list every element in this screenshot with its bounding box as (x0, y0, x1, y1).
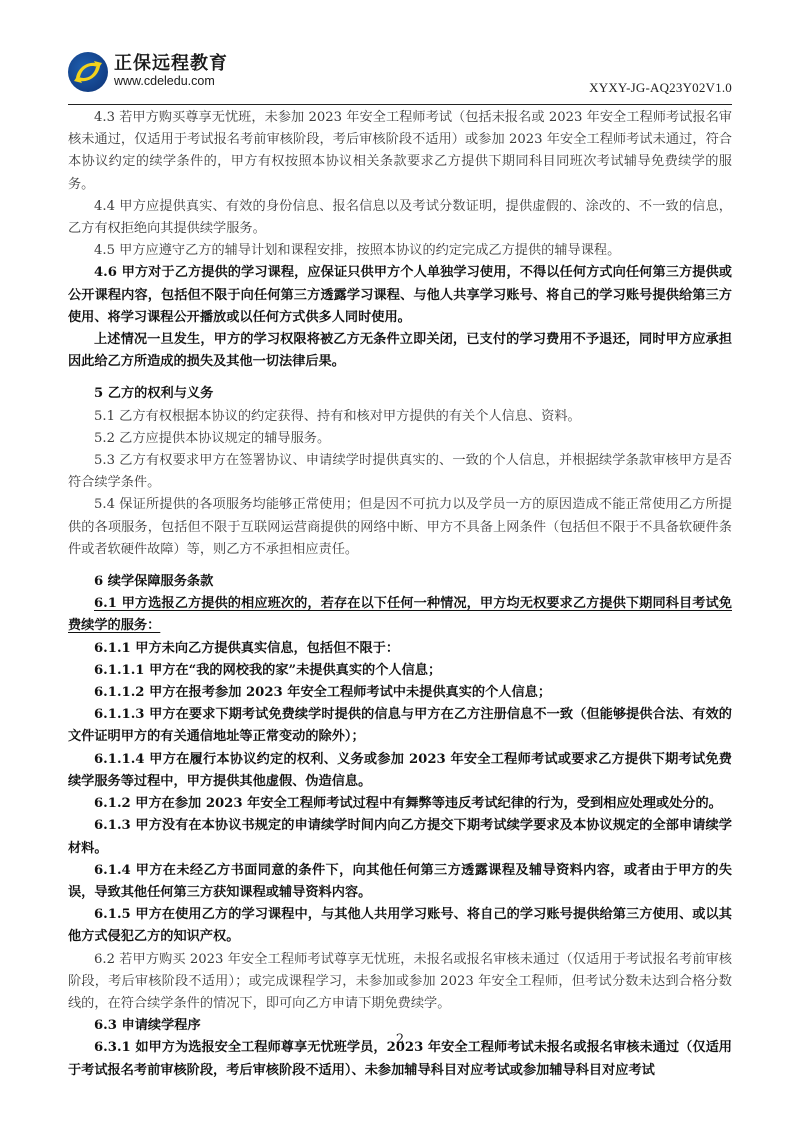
clause-6-1-5: 6.1.5 甲方在使用乙方的学习课程中，与其他人共用学习账号、将自己的学习账号提… (68, 904, 732, 948)
clause-4-3: 4.3 若甲方购买尊享无忧班，未参加 2023 年安全工程师考试（包括未报名或 … (68, 107, 732, 196)
clause-5-1: 5.1 乙方有权根据本协议的约定获得、持有和核对甲方提供的有关个人信息、资料。 (68, 406, 732, 428)
document-code: XYXY-JG-AQ23Y02V1.0 (589, 80, 732, 96)
clause-6-1-1-3: 6.1.1.3 甲方在要求下期考试免费续学时提供的信息与甲方在乙方注册信息不一致… (68, 704, 732, 748)
clause-4-6: 4.6 甲方对于乙方提供的学习课程，应保证只供甲方个人单独学习使用，不得以任何方… (68, 262, 732, 329)
section-6-title: 6 续学保障服务条款 (68, 571, 732, 593)
clause-4-4: 4.4 甲方应提供真实、有效的身份信息、报名信息以及考试分数证明，提供虚假的、涂… (68, 196, 732, 240)
clause-6-1-3: 6.1.3 甲方没有在本协议书规定的申请续学时间内向乙方提交下期考试续学要求及本… (68, 815, 732, 859)
clause-6-1-2: 6.1.2 甲方在参加 2023 年安全工程师考试过程中有舞弊等违反考试纪律的行… (68, 793, 732, 815)
document-body: 4.3 若甲方购买尊享无忧班，未参加 2023 年安全工程师考试（包括未报名或 … (68, 107, 732, 1082)
clause-6-1-4: 6.1.4 甲方在未经乙方书面同意的条件下，向其他任何第三方透露课程及辅导资料内… (68, 860, 732, 904)
clause-6-1: 6.1 甲方选报乙方提供的相应班次的，若存在以下任何一种情况，甲方均无权要求乙方… (68, 593, 732, 637)
clause-5-3: 5.3 乙方有权要求甲方在签署协议、申请续学时提供真实的、一致的个人信息，并根据… (68, 450, 732, 494)
page-number: 2 (0, 1032, 800, 1047)
clause-6-1-1-4: 6.1.1.4 甲方在履行本协议约定的权利、义务或参加 2023 年安全工程师考… (68, 749, 732, 793)
brand-name: 正保远程教育 (114, 54, 228, 74)
brand-block: 正保远程教育 www.cdeledu.com (114, 54, 228, 89)
clause-4-6-consequence: 上述情况一旦发生，甲方的学习权限将被乙方无条件立即关闭，已支付的学习费用不予退还… (68, 329, 732, 373)
clause-6-1-1: 6.1.1 甲方未向乙方提供真实信息，包括但不限于： (68, 638, 732, 660)
clause-4-5: 4.5 甲方应遵守乙方的辅导计划和课程安排，按照本协议的约定完成乙方提供的辅导课… (68, 240, 732, 262)
brand-logo-icon (68, 52, 108, 92)
document-header: 正保远程教育 www.cdeledu.com XYXY-JG-AQ23Y02V1… (68, 52, 732, 102)
clause-5-4: 5.4 保证所提供的各项服务均能够正常使用；但是因不可抗力以及学员一方的原因造成… (68, 494, 732, 561)
brand-url: www.cdeledu.com (114, 74, 228, 89)
header-divider (68, 104, 732, 105)
clause-6-1-1-2: 6.1.1.2 甲方在报考参加 2023 年安全工程师考试中未提供真实的个人信息… (68, 682, 732, 704)
section-5-title: 5 乙方的权利与义务 (68, 383, 732, 405)
clause-6-1-1-1: 6.1.1.1 甲方在“我的网校我的家”未提供真实的个人信息； (68, 660, 732, 682)
clause-5-2: 5.2 乙方应提供本协议规定的辅导服务。 (68, 428, 732, 450)
clause-6-2: 6.2 若甲方购买 2023 年安全工程师考试尊享无忧班，未报名或报名审核未通过… (68, 949, 732, 1016)
